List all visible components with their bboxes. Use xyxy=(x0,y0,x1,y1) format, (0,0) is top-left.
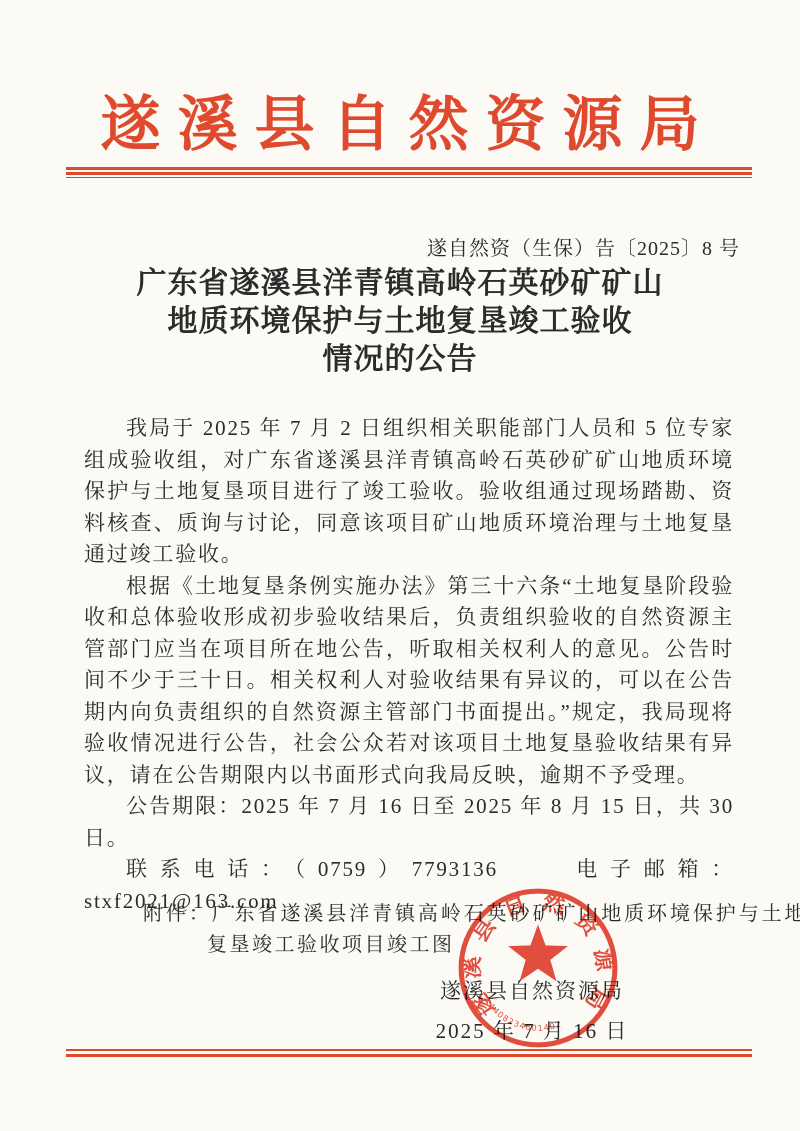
title-line-1: 广东省遂溪县洋青镇高岭石英砂矿矿山 xyxy=(0,265,800,303)
announcement-document-page: 遂溪县自然资源局 遂自然资（生保）告〔2025〕8 号 广东省遂溪县洋青镇高岭石… xyxy=(0,0,800,1131)
masthead-rule-medium xyxy=(66,172,752,175)
agency-masthead: 遂溪县自然资源局 xyxy=(0,92,800,158)
footer-divider xyxy=(66,1049,752,1057)
paragraph-period: 公告期限：2025 年 7 月 16 日至 2025 年 8 月 15 日，共 … xyxy=(84,791,734,854)
official-seal: 遂溪县自然资源局 4408234601402 xyxy=(452,882,624,1054)
footer-rule-thin xyxy=(66,1049,752,1051)
title-line-3: 情况的公告 xyxy=(0,341,800,379)
seal-code: 4408234601402 xyxy=(487,1001,564,1033)
attachment-label: 附件： xyxy=(143,903,212,925)
star-icon xyxy=(508,924,568,981)
document-number: 遂自然资（生保）告〔2025〕8 号 xyxy=(427,232,740,261)
announcement-body: 我局于 2025 年 7 月 2 日组织相关职能部门人员和 5 位专家组成验收组… xyxy=(84,413,734,917)
masthead-divider xyxy=(66,167,752,178)
title-line-2: 地质环境保护与土地复垦竣工验收 xyxy=(0,303,800,341)
paragraph-regulation: 根据《土地复垦条例实施办法》第三十六条“土地复垦阶段验收和总体验收形成初步验收结… xyxy=(84,571,734,792)
footer-rule-thick xyxy=(66,1054,752,1057)
masthead-rule-thin xyxy=(66,177,752,179)
paragraph-inspection: 我局于 2025 年 7 月 2 日组织相关职能部门人员和 5 位专家组成验收组… xyxy=(84,413,734,571)
masthead-rule-thick xyxy=(66,167,752,170)
announcement-title: 广东省遂溪县洋青镇高岭石英砂矿矿山 地质环境保护与土地复垦竣工验收 情况的公告 xyxy=(0,265,800,379)
